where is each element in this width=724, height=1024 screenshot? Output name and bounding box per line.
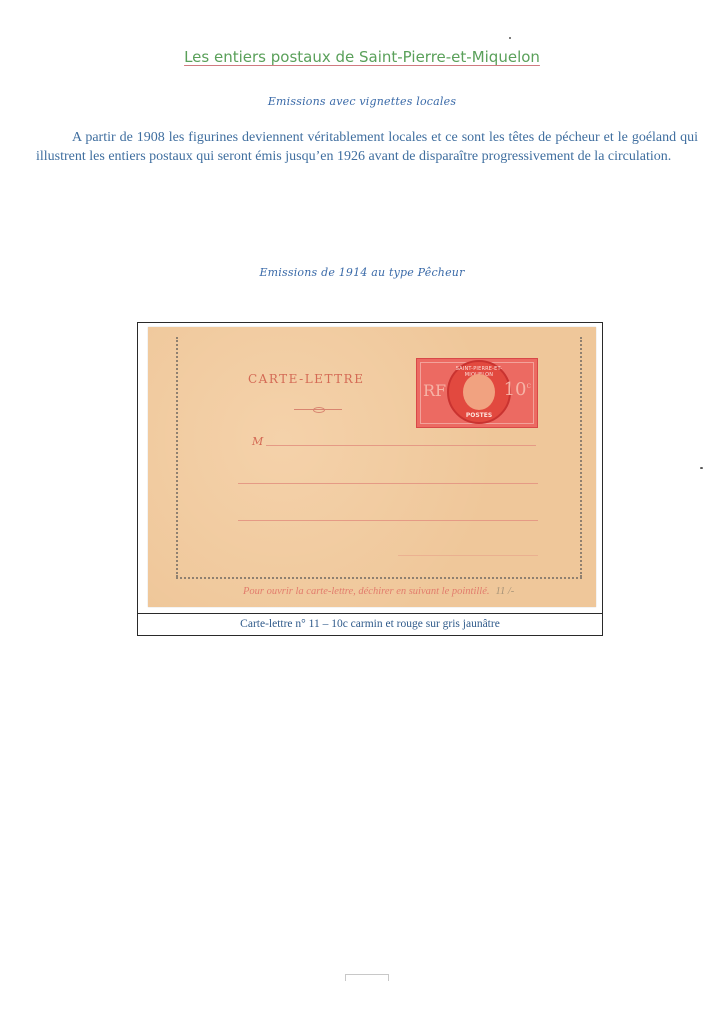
stamp-ring-bottom: POSTES <box>449 412 509 419</box>
address-line-4 <box>398 555 538 556</box>
section-heading-1914: Emissions de 1914 au type Pêcheur <box>0 266 724 279</box>
intro-paragraph: A partir de 1908 les figurines deviennen… <box>36 128 698 166</box>
stamp-value-number: 10 <box>504 379 527 400</box>
footer-mark <box>345 974 389 981</box>
instructions-text: Pour ouvrir la carte-lettre, déchirer en… <box>243 586 490 597</box>
perforation-right <box>580 337 582 577</box>
stamp-value: 10c <box>504 379 531 400</box>
page-title-text: Les entiers postaux de Saint-Pierre-et-M… <box>184 48 540 66</box>
fisherman-portrait-icon <box>463 374 495 410</box>
section-subtitle: Emissions avec vignettes locales <box>0 95 724 108</box>
printer-mark: 11 /- <box>496 586 515 597</box>
card-caption: Carte-lettre n° 11 – 10c carmin et rouge… <box>137 613 603 636</box>
page-title: Les entiers postaux de Saint-Pierre-et-M… <box>0 48 724 66</box>
stamp-value-suffix: c <box>527 381 531 390</box>
ornament-divider <box>294 409 342 410</box>
scan-speck <box>700 467 703 469</box>
address-line-2 <box>238 483 538 484</box>
stamp-monogram: RF <box>423 381 446 400</box>
perforation-left <box>176 337 178 577</box>
scan-speck <box>509 37 511 39</box>
address-line-3 <box>238 520 538 521</box>
stamp-medallion: SAINT-PIERRE-ET-MIQUELON POSTES <box>447 360 511 424</box>
indicium-stamp: RF SAINT-PIERRE-ET-MIQUELON POSTES 10c <box>416 358 538 428</box>
perforation-bottom <box>176 577 582 579</box>
card-heading: CARTE-LETTRE <box>248 372 364 386</box>
card-instructions: Pour ouvrir la carte-lettre, déchirer en… <box>243 586 514 597</box>
postal-card-image: CARTE-LETTRE M RF SAINT-PIERRE-ET-MIQUEL… <box>148 327 596 607</box>
address-line-1 <box>266 445 536 446</box>
address-prefix: M <box>252 435 263 448</box>
